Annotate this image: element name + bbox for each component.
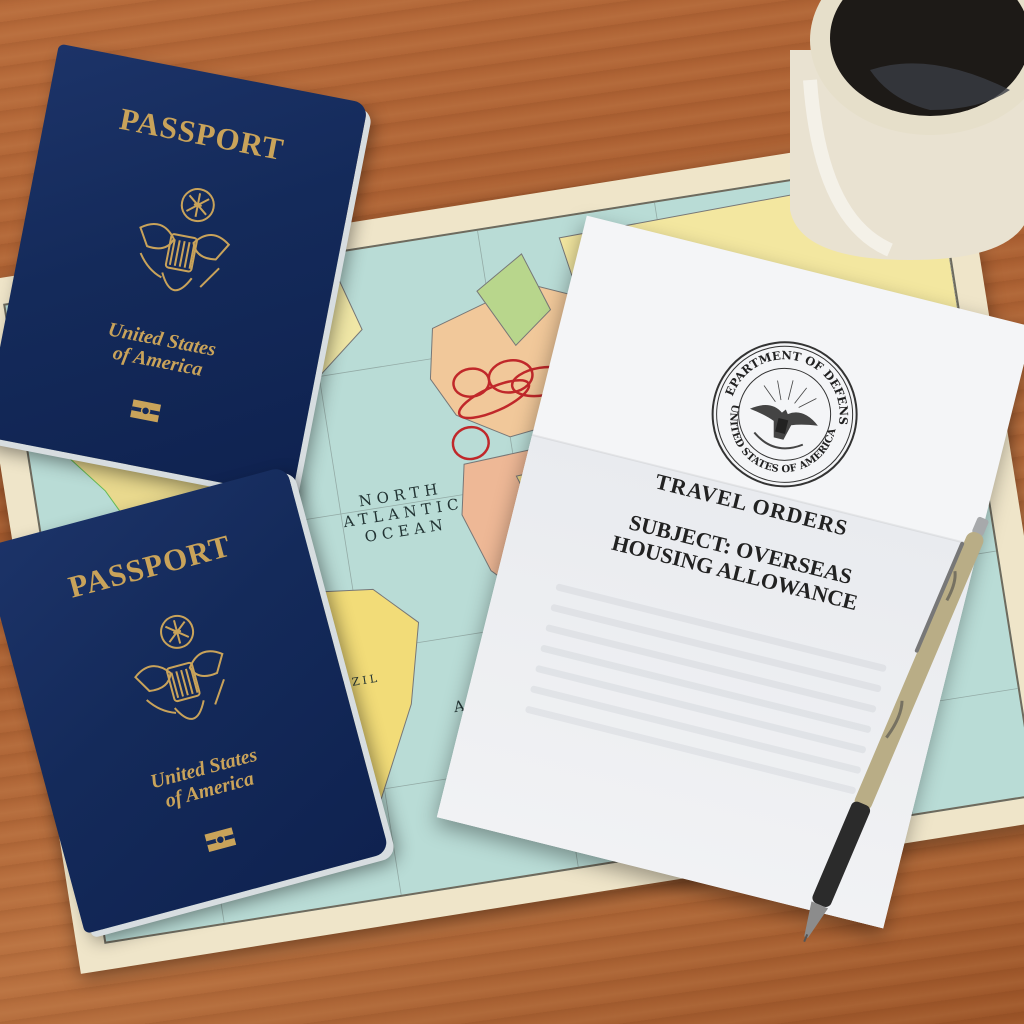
passport-country: United States of America — [1, 299, 319, 402]
biometric-chip-icon — [129, 398, 162, 423]
eagle-seal-icon — [116, 172, 249, 321]
passport-title: PASSPORT — [44, 87, 360, 182]
dod-seal-icon: DEPARTMENT OF DEFENSE UNITED STATES OF A… — [694, 323, 876, 505]
eagle-seal-icon — [111, 598, 251, 752]
biometric-chip-icon — [203, 826, 237, 853]
passport-country: United States of America — [49, 717, 365, 841]
coffee-mug-icon — [780, 0, 1024, 260]
